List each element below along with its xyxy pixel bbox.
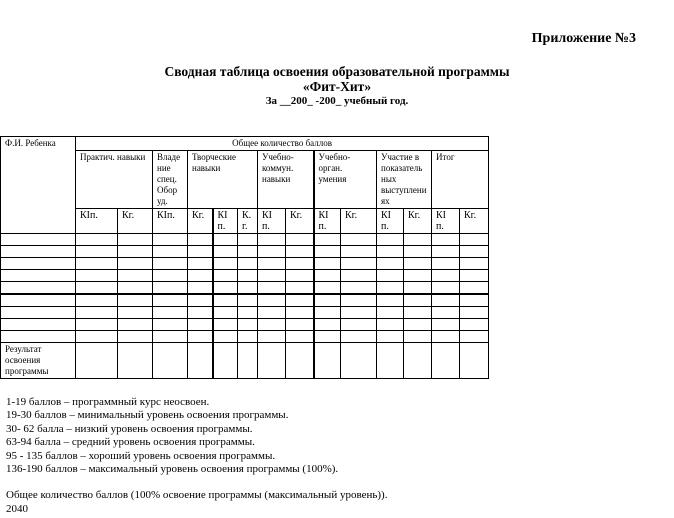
score-cell[interactable] [188, 319, 213, 331]
score-cell[interactable] [377, 331, 404, 343]
score-cell[interactable] [377, 246, 404, 258]
child-name-cell[interactable] [1, 270, 76, 282]
score-cell[interactable] [76, 307, 118, 319]
score-cell[interactable] [432, 282, 460, 295]
child-name-cell[interactable] [1, 282, 76, 295]
score-cell[interactable] [286, 246, 314, 258]
score-cell[interactable] [341, 258, 377, 270]
result-cell[interactable] [188, 343, 213, 379]
group-communication-skills: Учебно-коммун. навыки [258, 151, 314, 209]
legend-line: 19-30 баллов – минимальный уровень освое… [6, 409, 387, 422]
score-cell[interactable] [213, 319, 238, 331]
name-header: Ф.И. Ребенка [1, 137, 76, 234]
score-cell[interactable] [153, 234, 188, 246]
score-cell[interactable] [118, 234, 153, 246]
score-cell[interactable] [460, 307, 489, 319]
score-cell[interactable] [404, 258, 432, 270]
score-cell[interactable] [460, 234, 489, 246]
subheader: КIп. [153, 209, 188, 234]
score-cell[interactable] [153, 307, 188, 319]
score-cell[interactable] [341, 307, 377, 319]
result-cell[interactable] [153, 343, 188, 379]
score-cell[interactable] [188, 294, 213, 307]
score-cell[interactable] [377, 258, 404, 270]
score-cell[interactable] [314, 246, 341, 258]
subheader: КI п. [432, 209, 460, 234]
score-cell[interactable] [432, 307, 460, 319]
result-row: Результат освоения программы [1, 343, 489, 379]
score-cell[interactable] [341, 282, 377, 295]
score-cell[interactable] [188, 246, 213, 258]
subheader: Кг. [460, 209, 489, 234]
score-cell[interactable] [118, 319, 153, 331]
score-cell[interactable] [460, 331, 489, 343]
score-cell[interactable] [377, 234, 404, 246]
subheader: КIп. [76, 209, 118, 234]
score-cell[interactable] [238, 331, 258, 343]
score-cell[interactable] [238, 319, 258, 331]
score-cell[interactable] [153, 270, 188, 282]
subheader: КI п. [377, 209, 404, 234]
table-row [1, 307, 489, 319]
scoring-legend: 1-19 баллов – программный курс неосвоен.… [6, 396, 387, 516]
score-cell[interactable] [213, 282, 238, 295]
score-cell[interactable] [341, 294, 377, 307]
child-name-cell[interactable] [1, 234, 76, 246]
legend-line: 95 - 135 баллов – хороший уровень освоен… [6, 450, 387, 463]
child-name-cell[interactable] [1, 331, 76, 343]
result-cell[interactable] [118, 343, 153, 379]
score-cell[interactable] [432, 294, 460, 307]
table-row [1, 258, 489, 270]
legend-line: 63-94 балла – средний уровень освоения п… [6, 436, 387, 449]
score-cell[interactable] [258, 319, 286, 331]
result-cell[interactable] [238, 343, 258, 379]
score-cell[interactable] [404, 294, 432, 307]
child-name-cell[interactable] [1, 294, 76, 307]
score-cell[interactable] [213, 331, 238, 343]
score-cell[interactable] [286, 331, 314, 343]
score-cell[interactable] [460, 246, 489, 258]
score-cell[interactable] [258, 246, 286, 258]
subheader: Кг. [188, 209, 213, 234]
score-cell[interactable] [377, 294, 404, 307]
score-cell[interactable] [238, 307, 258, 319]
score-cell[interactable] [404, 282, 432, 295]
score-cell[interactable] [258, 331, 286, 343]
child-name-cell[interactable] [1, 307, 76, 319]
score-cell[interactable] [188, 282, 213, 295]
result-cell[interactable] [460, 343, 489, 379]
score-cell[interactable] [377, 270, 404, 282]
score-cell[interactable] [76, 282, 118, 295]
score-cell[interactable] [460, 282, 489, 295]
score-cell[interactable] [188, 331, 213, 343]
group-organizational-skills: Учебно-орган. умения [314, 151, 377, 209]
score-cell[interactable] [258, 307, 286, 319]
score-cell[interactable] [213, 234, 238, 246]
score-cell[interactable] [314, 294, 341, 307]
score-cell[interactable] [76, 294, 118, 307]
score-cell[interactable] [153, 294, 188, 307]
result-cell[interactable] [76, 343, 118, 379]
score-cell[interactable] [432, 258, 460, 270]
score-cell[interactable] [188, 270, 213, 282]
score-cell[interactable] [404, 246, 432, 258]
subheader: Кг. [118, 209, 153, 234]
score-cell[interactable] [314, 270, 341, 282]
appendix-label: Приложение №3 [532, 31, 636, 47]
score-cell[interactable] [314, 234, 341, 246]
score-cell[interactable] [286, 307, 314, 319]
table-row [1, 319, 489, 331]
score-cell[interactable] [76, 270, 118, 282]
score-cell[interactable] [460, 294, 489, 307]
school-year: За __200_ -200_ учебный год. [0, 95, 674, 107]
score-cell[interactable] [341, 246, 377, 258]
score-cell[interactable] [286, 270, 314, 282]
result-cell[interactable] [341, 343, 377, 379]
score-cell[interactable] [377, 307, 404, 319]
score-cell[interactable] [258, 270, 286, 282]
score-cell[interactable] [76, 246, 118, 258]
score-cell[interactable] [213, 246, 238, 258]
score-cell[interactable] [286, 234, 314, 246]
score-cell[interactable] [314, 319, 341, 331]
score-cell[interactable] [118, 246, 153, 258]
score-cell[interactable] [341, 234, 377, 246]
score-cell[interactable] [258, 258, 286, 270]
score-cell[interactable] [460, 258, 489, 270]
score-cell[interactable] [314, 258, 341, 270]
score-cell[interactable] [377, 319, 404, 331]
score-cell[interactable] [286, 258, 314, 270]
total-score-header: Общее количество баллов [76, 137, 489, 151]
score-cell[interactable] [286, 319, 314, 331]
score-cell[interactable] [460, 270, 489, 282]
table-row [1, 246, 489, 258]
subheader: КI п. [213, 209, 238, 234]
score-cell[interactable] [76, 258, 118, 270]
result-cell[interactable] [213, 343, 238, 379]
score-cell[interactable] [153, 331, 188, 343]
score-cell[interactable] [286, 294, 314, 307]
subheader: Кг. [286, 209, 314, 234]
score-cell[interactable] [118, 307, 153, 319]
score-cell[interactable] [432, 234, 460, 246]
score-cell[interactable] [213, 307, 238, 319]
score-cell[interactable] [314, 307, 341, 319]
score-cell[interactable] [238, 258, 258, 270]
child-name-cell[interactable] [1, 246, 76, 258]
score-cell[interactable] [432, 246, 460, 258]
score-cell[interactable] [341, 331, 377, 343]
child-name-cell[interactable] [1, 258, 76, 270]
score-cell[interactable] [153, 258, 188, 270]
group-practical-skills: Практич. навыки [76, 151, 153, 209]
total-score-value: 2040 [6, 503, 387, 516]
score-cell[interactable] [153, 282, 188, 295]
subheader: Кг. [341, 209, 377, 234]
score-cell[interactable] [404, 307, 432, 319]
score-cell[interactable] [404, 319, 432, 331]
table-row [1, 234, 489, 246]
table-row [1, 331, 489, 343]
score-cell[interactable] [118, 258, 153, 270]
score-cell[interactable] [188, 258, 213, 270]
summary-table: Ф.И. Ребенка Общее количество баллов Пра… [0, 136, 489, 379]
score-cell[interactable] [153, 246, 188, 258]
result-cell[interactable] [404, 343, 432, 379]
score-cell[interactable] [404, 331, 432, 343]
data-rows [1, 234, 489, 343]
score-cell[interactable] [404, 234, 432, 246]
score-cell[interactable] [76, 234, 118, 246]
score-cell[interactable] [188, 307, 213, 319]
score-cell[interactable] [213, 294, 238, 307]
score-cell[interactable] [118, 294, 153, 307]
subheader: К. г. [238, 209, 258, 234]
score-cell[interactable] [404, 270, 432, 282]
score-cell[interactable] [188, 234, 213, 246]
score-cell[interactable] [432, 270, 460, 282]
score-cell[interactable] [118, 282, 153, 295]
group-performances: Участие в показательных выступлениях [377, 151, 432, 209]
score-cell[interactable] [238, 270, 258, 282]
score-cell[interactable] [258, 294, 286, 307]
score-cell[interactable] [76, 319, 118, 331]
result-cell[interactable] [314, 343, 341, 379]
score-cell[interactable] [238, 234, 258, 246]
score-cell[interactable] [258, 234, 286, 246]
score-cell[interactable] [377, 282, 404, 295]
legend-line: 30- 62 балла – низкий уровень освоения п… [6, 423, 387, 436]
score-cell[interactable] [341, 319, 377, 331]
result-label: Результат освоения программы [1, 343, 76, 379]
group-creative-skills: Творческие навыки [188, 151, 258, 209]
score-cell[interactable] [258, 282, 286, 295]
group-equipment: Владение спец. Обор уд. [153, 151, 188, 209]
table-row [1, 282, 489, 295]
score-cell[interactable] [118, 331, 153, 343]
score-cell[interactable] [314, 331, 341, 343]
score-cell[interactable] [118, 270, 153, 282]
legend-line: 1-19 баллов – программный курс неосвоен. [6, 396, 387, 409]
score-cell[interactable] [341, 270, 377, 282]
score-cell[interactable] [460, 319, 489, 331]
result-cell[interactable] [258, 343, 286, 379]
child-name-cell[interactable] [1, 319, 76, 331]
score-cell[interactable] [286, 282, 314, 295]
result-cell[interactable] [286, 343, 314, 379]
group-total: Итог [432, 151, 489, 209]
table-row [1, 294, 489, 307]
score-cell[interactable] [213, 270, 238, 282]
document-title: Сводная таблица освоения образовательной… [0, 64, 674, 80]
program-name: «Фит-Хит» [0, 79, 674, 95]
result-cell[interactable] [432, 343, 460, 379]
score-cell[interactable] [432, 331, 460, 343]
score-cell[interactable] [213, 258, 238, 270]
score-cell[interactable] [314, 282, 341, 295]
result-cell[interactable] [377, 343, 404, 379]
score-cell[interactable] [432, 319, 460, 331]
score-cell[interactable] [238, 282, 258, 295]
score-cell[interactable] [238, 246, 258, 258]
score-cell[interactable] [153, 319, 188, 331]
total-score-label: Общее количество баллов (100% освоение п… [6, 489, 387, 502]
table-row [1, 270, 489, 282]
subheader: Кг. [404, 209, 432, 234]
subheader: КI п. [314, 209, 341, 234]
score-cell[interactable] [238, 294, 258, 307]
score-cell[interactable] [76, 331, 118, 343]
subheader: КI п. [258, 209, 286, 234]
legend-line: 136-190 баллов – максимальный уровень ос… [6, 463, 387, 476]
